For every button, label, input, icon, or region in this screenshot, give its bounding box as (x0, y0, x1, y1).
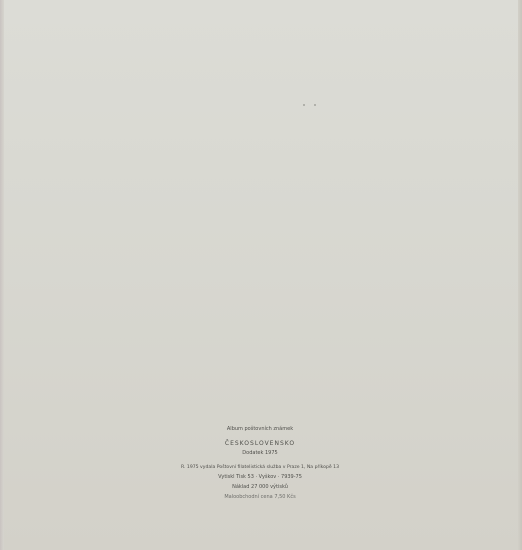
page-right-edge (518, 0, 522, 550)
paper-speck (303, 104, 305, 106)
paper-speck (314, 104, 316, 106)
page-left-edge (0, 0, 4, 550)
colophon-block: Album poštovních známek ČESKOSLOVENSKO D… (160, 425, 360, 500)
country-title: ČESKOSLOVENSKO (160, 441, 360, 447)
print-run-line: Náklad 27 000 výtisků (160, 485, 360, 490)
document-page: Album poštovních známek ČESKOSLOVENSKO D… (0, 0, 522, 550)
album-title: Album poštovních známek (160, 427, 360, 432)
publisher-line: R. 1975 vydala Poštovní filatelistická s… (160, 466, 360, 471)
supplement-year: Dodatek 1975 (160, 451, 360, 456)
printer-line: Vytiskl Tisk 53 · Vyškov · 7939-75 (160, 475, 360, 480)
retail-price-line: Maloobchodní cena 7,50 Kčs (160, 495, 360, 500)
